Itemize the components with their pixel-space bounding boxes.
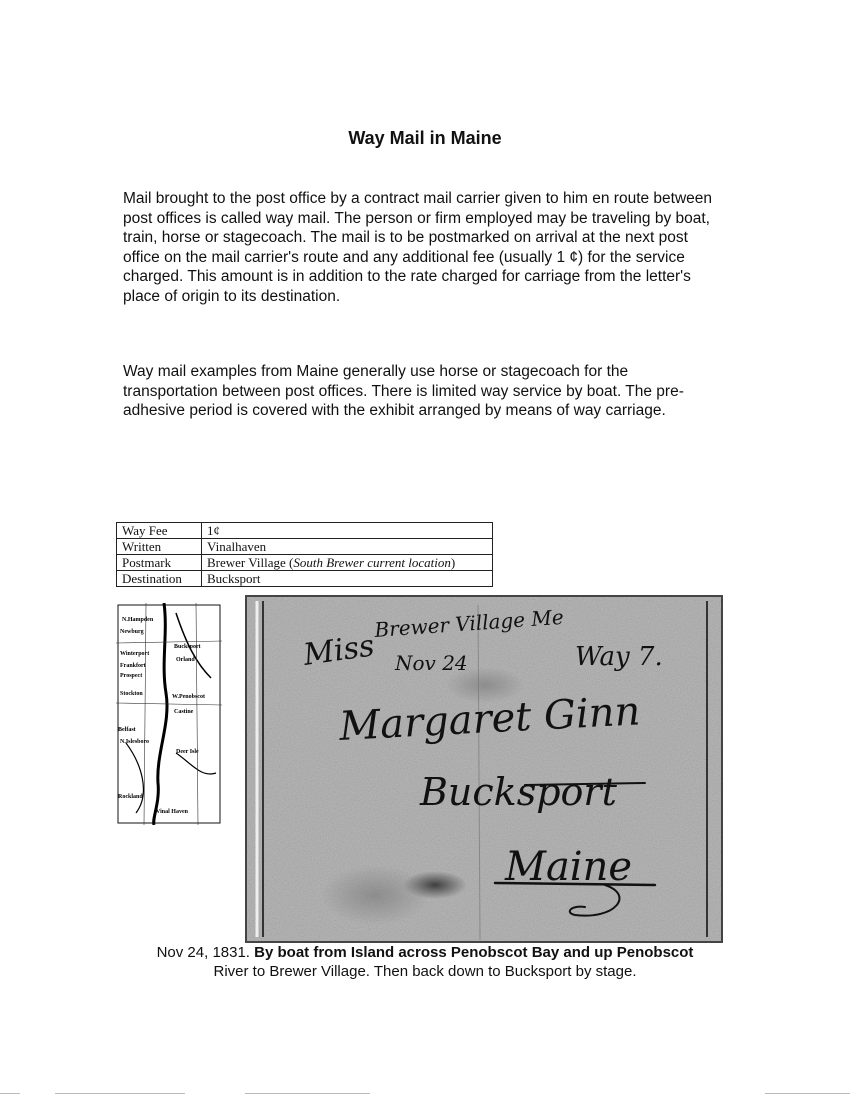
svg-text:Castine: Castine: [174, 709, 194, 715]
svg-text:Orland: Orland: [176, 657, 195, 663]
scan-edge-line: [245, 1093, 370, 1094]
postmark-note: South Brewer current location: [293, 555, 451, 570]
svg-text:Vinal Haven: Vinal Haven: [156, 809, 189, 815]
table-row: Destination Bucksport: [117, 571, 493, 587]
scan-edge-line: [55, 1093, 185, 1094]
table-row: Postmark Brewer Village (South Brewer cu…: [117, 555, 493, 571]
svg-text:Frankfort: Frankfort: [120, 663, 146, 669]
handwritten-letter-icon: Brewer Village Me Miss Nov 24 Way 7. Mar…: [245, 595, 723, 943]
row-value: Vinalhaven: [202, 539, 493, 555]
table-row: Written Vinalhaven: [117, 539, 493, 555]
svg-text:Newburg: Newburg: [120, 629, 144, 635]
svg-text:N.Hampden: N.Hampden: [122, 617, 154, 623]
letter-caption: Nov 24, 1831. By boat from Island across…: [0, 943, 850, 981]
row-label: Destination: [117, 571, 202, 587]
page-title: Way Mail in Maine: [0, 128, 850, 149]
map-of-penobscot-bay-icon: N.Hampden Newburg Winterport Frankfort P…: [116, 603, 222, 825]
caption-line-1: Nov 24, 1831. By boat from Island across…: [0, 943, 850, 962]
svg-text:W.Penobscot: W.Penobscot: [172, 694, 205, 700]
intro-paragraph: Mail brought to the post office by a con…: [123, 189, 713, 306]
row-value: 1¢: [202, 523, 493, 539]
caption-line-2: River to Brewer Village. Then back down …: [0, 962, 850, 981]
svg-text:Deer Isle: Deer Isle: [176, 749, 199, 755]
caption-route-2: River to Brewer Village. Then back down …: [214, 963, 637, 980]
scan-edge-line: [0, 1093, 20, 1094]
map-image: N.Hampden Newburg Winterport Frankfort P…: [116, 603, 222, 825]
way-mail-info-table: Way Fee 1¢ Written Vinalhaven Postmark B…: [116, 522, 493, 587]
svg-text:Stockton: Stockton: [120, 691, 143, 697]
svg-text:Rockland: Rockland: [118, 794, 143, 800]
scan-edge-line: [765, 1093, 850, 1094]
svg-text:Winterport: Winterport: [120, 651, 149, 657]
row-value: Bucksport: [202, 571, 493, 587]
svg-text:Nov 24: Nov 24: [394, 651, 468, 675]
letter-cover-image: Brewer Village Me Miss Nov 24 Way 7. Mar…: [245, 595, 723, 943]
caption-date: Nov 24, 1831.: [157, 944, 250, 961]
row-value: Brewer Village (South Brewer current loc…: [202, 555, 493, 571]
caption-route-1: By boat from Island across Penobscot Bay…: [254, 944, 693, 961]
row-label: Written: [117, 539, 202, 555]
row-label: Postmark: [117, 555, 202, 571]
row-label: Way Fee: [117, 523, 202, 539]
svg-text:Way 7.: Way 7.: [575, 642, 663, 672]
svg-text:Bucksport: Bucksport: [419, 770, 618, 814]
table-row: Way Fee 1¢: [117, 523, 493, 539]
postmark-value: Brewer Village: [207, 555, 286, 570]
maine-paragraph: Way mail examples from Maine generally u…: [123, 362, 713, 421]
svg-text:Belfast: Belfast: [118, 727, 136, 733]
svg-text:Prospect: Prospect: [120, 673, 142, 679]
